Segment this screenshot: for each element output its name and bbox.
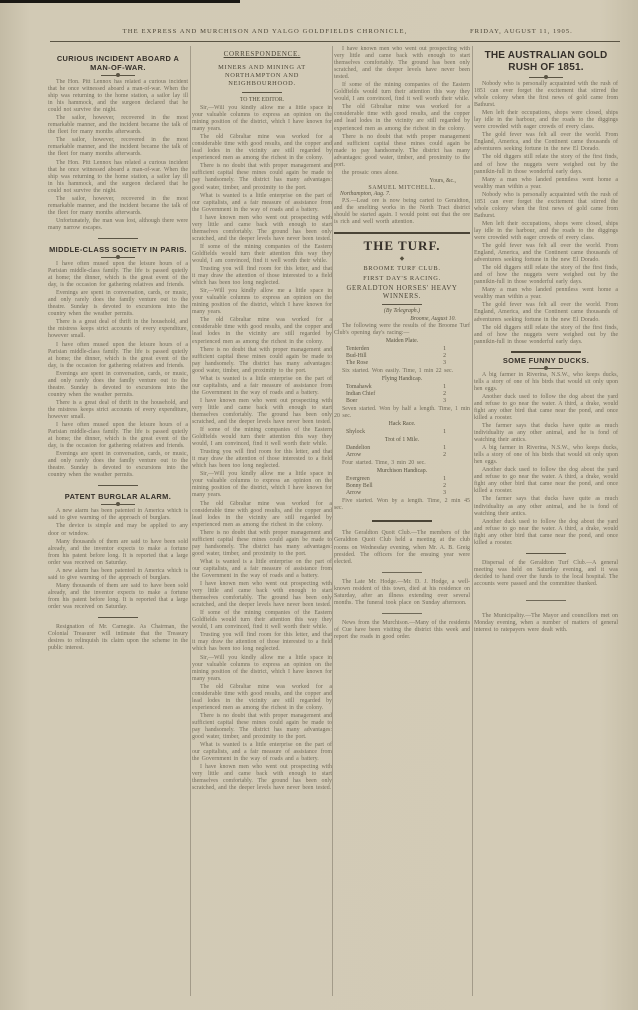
- divider: [526, 600, 566, 601]
- divider: [372, 520, 432, 522]
- scan-edge: [0, 0, 240, 3]
- column-divider: [332, 46, 333, 996]
- event-name: FIRST DAY'S RACING.: [334, 275, 470, 283]
- divider: [98, 238, 138, 239]
- placing-row: Dandelion1: [346, 445, 446, 452]
- column-3: I have known men who went out prospectin…: [334, 46, 470, 976]
- article-body: A big farmer in Riverina, N.S.W., who ke…: [474, 372, 618, 547]
- article: THE AUSTRALIAN GOLD RUSH OF 1851. Nobody…: [474, 50, 618, 346]
- letter-continuation: I have known men who went out prospectin…: [334, 46, 470, 177]
- placing-row: Indian Chief2: [346, 391, 446, 398]
- race-name: Flying Handicap.: [334, 376, 470, 383]
- issue-date: FRIDAY, AUGUST 11, 1905.: [470, 28, 573, 35]
- column-2: CORRESPONDENCE. MINERS AND MINING AT NOR…: [192, 46, 332, 976]
- subheadline: GERALDTON HORSES' HEAVY WINNERS.: [334, 285, 470, 301]
- headline: CURIOUS INCIDENT ABOARD A MAN-OF-WAR.: [48, 54, 188, 72]
- headline: THE AUSTRALIAN GOLD RUSH OF 1851.: [474, 50, 618, 74]
- placing-row: Evergreen1: [346, 476, 446, 483]
- letter-title: MINERS AND MINING AT NORTHAMPTON AND NEI…: [192, 64, 332, 88]
- article-body: Nobody who is personally acquainted with…: [474, 81, 618, 346]
- dateline: Broome, August 10.: [334, 316, 470, 323]
- masthead-rule: [50, 41, 620, 42]
- race-placings: Shylock1: [346, 429, 470, 436]
- race: Trot of 1 Mile. Dandelion1 Arrow2 Four s…: [334, 437, 470, 467]
- salutation: TO THE EDITOR.: [192, 97, 332, 104]
- race: Maiden Plate. Tenterden1 Bud-Hill2 The R…: [334, 338, 470, 375]
- divider: [242, 92, 282, 93]
- race: Flying Handicap. Tomahawk1 Indian Chief2…: [334, 376, 470, 420]
- column-1: CURIOUS INCIDENT ABOARD A MAN-OF-WAR. Th…: [48, 46, 188, 976]
- column-divider: [472, 46, 473, 996]
- race-intro: The following were the results of the Br…: [334, 323, 470, 337]
- ornament: ◆: [334, 256, 470, 263]
- column-divider: [190, 46, 191, 996]
- placing-row: Arrow2: [346, 452, 446, 459]
- placing-row: Bud-Hill2: [346, 353, 446, 360]
- divider: [98, 617, 138, 618]
- divider: [98, 485, 138, 486]
- column-4: THE AUSTRALIAN GOLD RUSH OF 1851. Nobody…: [474, 46, 618, 976]
- race-name: Trot of 1 Mile.: [334, 437, 470, 444]
- placing-row: Arrow3: [346, 490, 446, 497]
- race-result: Four started. Time, 3 min 20 sec.: [334, 460, 470, 467]
- masthead: THE EXPRESS AND MURCHISON AND YALGO GOLD…: [50, 28, 480, 35]
- race-placings: Evergreen1 Bonny Bell2 Arrow3: [346, 476, 470, 497]
- sign-off: Yours, &c.,: [334, 178, 470, 185]
- ornament: [529, 77, 563, 78]
- article: CURIOUS INCIDENT ABOARD A MAN-OF-WAR. Th…: [48, 54, 188, 232]
- headline: SOME FUNNY DUCKS.: [474, 356, 618, 365]
- ornament: [101, 257, 135, 258]
- article-body: Resignation of Mr. Carnegie. As Chairman…: [48, 624, 188, 652]
- letter-body: Sir,—Will you kindly allow me a little s…: [192, 105, 332, 792]
- placing-row: The Rose3: [346, 360, 446, 367]
- race-name: Murchison Handicap.: [334, 468, 470, 475]
- placing-row: Bonny Bell2: [346, 483, 446, 490]
- race-result: Six started. Won easily. Time, 1 min 22 …: [334, 368, 470, 375]
- newspaper-page: THE EXPRESS AND MURCHISON AND YALGO GOLD…: [0, 0, 638, 1010]
- sign-place: Northampton, Aug. 7.: [334, 191, 470, 198]
- article-body: A new alarm has been patented in America…: [48, 508, 188, 611]
- divider: [382, 572, 422, 573]
- placing-row: Tenterden1: [346, 346, 446, 353]
- race-placings: Tomahawk1 Indian Chief2 Boer3: [346, 384, 470, 405]
- divider: [526, 553, 566, 554]
- race-name: Hack Race.: [334, 421, 470, 428]
- article: SOME FUNNY DUCKS. A big farmer in Riveri…: [474, 356, 618, 547]
- race-placings: Tenterden1 Bud-Hill2 The Rose3: [346, 346, 470, 367]
- race: Hack Race. Shylock1: [334, 421, 470, 436]
- ornament: [101, 75, 135, 76]
- article-body: I have often mused upon the leisure hour…: [48, 261, 188, 479]
- local-notices: The Geraldton Quoit Club.—The members of…: [334, 530, 470, 641]
- club-name: BROOME TURF CLUB.: [334, 265, 470, 273]
- source: (By Telegraph.): [334, 308, 470, 315]
- divider: [382, 613, 422, 614]
- divider: [382, 304, 422, 305]
- race-result: Five started. Won by a length. Time, 2 m…: [334, 498, 470, 512]
- local-notices: Dispersal of the Geraldton Turf Club.—A …: [474, 560, 618, 634]
- article-body: The Hon. Pitt Lennox has related a curio…: [48, 79, 188, 232]
- section-rule: [334, 232, 470, 234]
- race-name: Maiden Plate.: [334, 338, 470, 345]
- ornament: [529, 368, 563, 369]
- section-heading: CORRESPONDENCE.: [192, 50, 332, 58]
- headline: PATENT BURGLAR ALARM.: [48, 492, 188, 501]
- divider: [511, 351, 581, 353]
- race-placings: Dandelion1 Arrow2: [346, 445, 470, 459]
- placing-row: Shylock1: [346, 429, 446, 436]
- race-result: Seven started. Won by half a length. Tim…: [334, 406, 470, 420]
- headline: MIDDLE-CLASS SOCIETY IN PARIS.: [48, 245, 188, 254]
- section-title-turf: THE TURF.: [334, 238, 470, 254]
- placing-row: Boer3: [346, 398, 446, 405]
- race: Murchison Handicap. Evergreen1 Bonny Bel…: [334, 468, 470, 512]
- ornament: [101, 504, 135, 505]
- postscript: P.S.—Lead ore is now being carted to Ger…: [334, 198, 470, 226]
- article: PATENT BURGLAR ALARM. A new alarm has be…: [48, 492, 188, 611]
- article: MIDDLE-CLASS SOCIETY IN PARIS. I have of…: [48, 245, 188, 479]
